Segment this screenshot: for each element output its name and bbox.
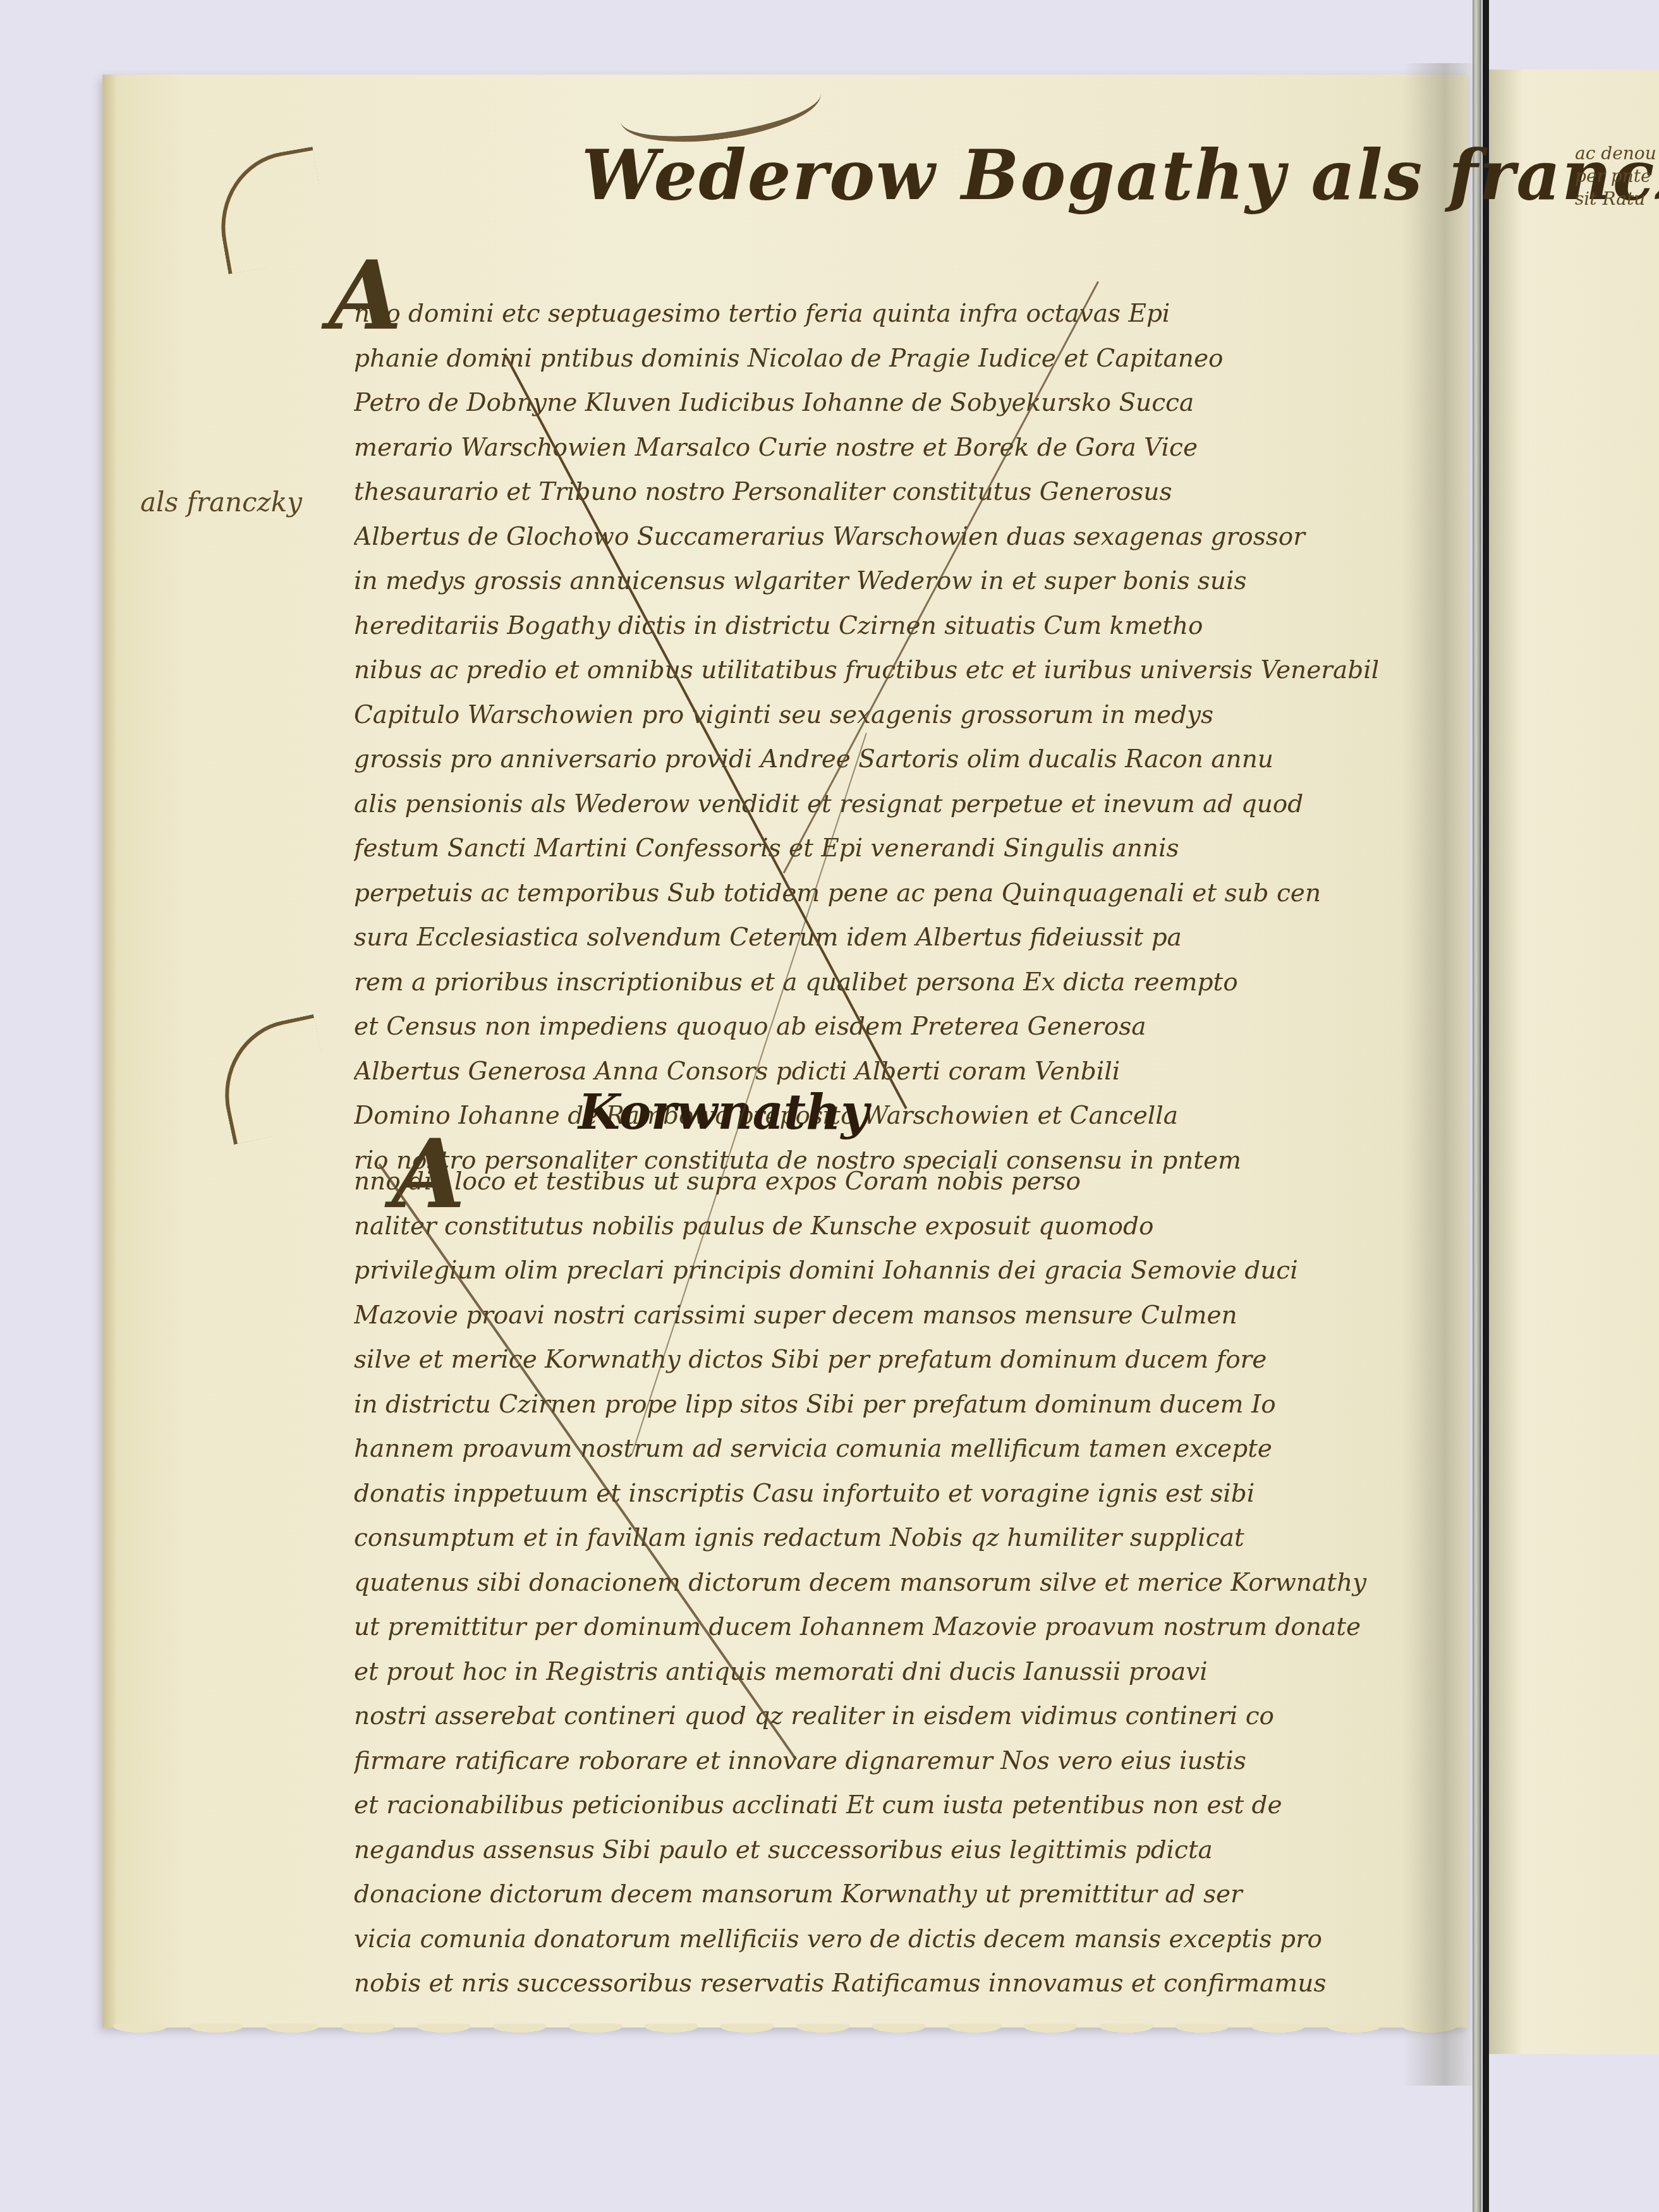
text-line: nibus ac predio et omnibus utilitatibus …	[354, 648, 1378, 693]
margin-note-left: als franczky	[140, 487, 302, 518]
text-line: naliter constitutus nobilis paulus de Ku…	[354, 1205, 1378, 1249]
text-line: nno domini etc septuagesimo tertio feria…	[354, 292, 1378, 337]
text-line: grossis pro anniversario providi Andree …	[354, 738, 1378, 782]
text-line: quatenus sibi donacionem dictorum decem …	[354, 1561, 1378, 1606]
entry-2-text: nno die loco et testibus ut supra expos …	[354, 1160, 1378, 2007]
text-line: ut premittitur per dominum ducem Iohanne…	[354, 1605, 1378, 1650]
margin-note-line: sit Ratu	[1575, 188, 1656, 210]
text-line: donatis inppetuum et inscriptis Casu inf…	[354, 1472, 1378, 1517]
text-line: firmare ratificare roborare et innovare …	[354, 1739, 1378, 1784]
page-title: Wederow Bogathy als franczky	[581, 136, 1403, 216]
text-line: alis pensionis als Wederow vendidit et r…	[354, 782, 1378, 827]
text-line: et prout hoc in Registris antiquis memor…	[354, 1650, 1378, 1695]
text-line: in districtu Czirnen prope lipp sitos Si…	[354, 1383, 1378, 1428]
text-line: et Census non impediens quoquo ab eisdem…	[354, 1005, 1378, 1050]
margin-note-line: per pnte	[1575, 165, 1656, 188]
section-heading: Korwnathy	[578, 1084, 869, 1140]
binding-edge	[1483, 0, 1489, 2212]
binding-rod	[1473, 0, 1481, 2212]
text-line: perpetuis ac temporibus Sub totidem pene…	[354, 872, 1378, 916]
text-line: hereditariis Bogathy dictis in districtu…	[354, 604, 1378, 649]
text-line: merario Warschowien Marsalco Curie nostr…	[354, 426, 1378, 471]
text-line: sura Ecclesiastica solvendum Ceterum ide…	[354, 916, 1378, 961]
entry-1-text: nno domini etc septuagesimo tertio feria…	[354, 292, 1378, 1183]
text-line: et racionabilibus peticionibus acclinati…	[354, 1784, 1378, 1828]
text-line: rem a prioribus inscriptionibus et a qua…	[354, 961, 1378, 1006]
text-line: Albertus de Glochowo Succamerarius Warsc…	[354, 515, 1378, 560]
margin-note-line: ac denou	[1575, 142, 1656, 165]
text-line: nno die loco et testibus ut supra expos …	[354, 1160, 1378, 1205]
text-line: nostri asserebat contineri quod qz reali…	[354, 1694, 1378, 1739]
text-line: Petro de Dobnyne Kluven Iudicibus Iohann…	[354, 381, 1378, 426]
text-line: thesaurario et Tribuno nostro Personalit…	[354, 470, 1378, 515]
text-line: hannem proavum nostrum ad servicia comun…	[354, 1427, 1378, 1472]
text-line: consumptum et in favillam ignis redactum…	[354, 1516, 1378, 1561]
margin-note-right: ac denou per pnte sit Ratu	[1575, 142, 1656, 210]
text-line: negandus assensus Sibi paulo et successo…	[354, 1828, 1378, 1873]
text-line: festum Sancti Martini Confessoris et Epi…	[354, 827, 1378, 872]
text-line: donacione dictorum decem mansorum Korwna…	[354, 1873, 1378, 1917]
adjacent-leaf	[1489, 70, 1659, 2054]
text-line: vicia comunia donatorum mellificiis vero…	[354, 1917, 1378, 1962]
gutter-shadow	[1403, 63, 1473, 2086]
text-line: privilegium olim preclari principis domi…	[354, 1249, 1378, 1294]
text-line: Mazovie proavi nostri carissimi super de…	[354, 1294, 1378, 1339]
text-line: nobis et nris successoribus reservatis R…	[354, 1962, 1378, 2007]
text-line: in medys grossis annuicensus wlgariter W…	[354, 559, 1378, 604]
